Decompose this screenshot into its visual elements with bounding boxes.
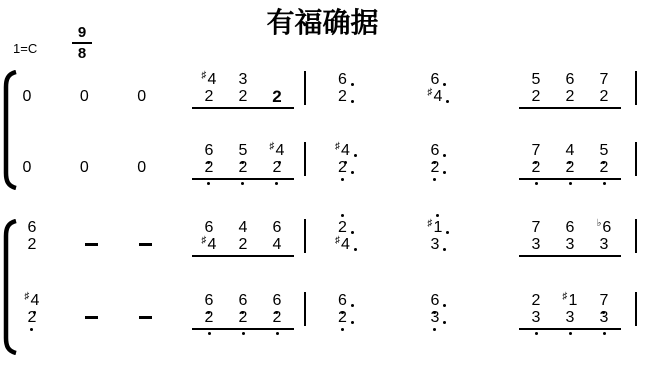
note: 2	[239, 160, 248, 176]
note-digit: 2	[431, 160, 440, 176]
augmentation-dot	[354, 154, 357, 157]
beam-group: 6♯44264	[192, 219, 294, 263]
note-digit: 6	[205, 143, 214, 159]
note: 2	[273, 160, 282, 176]
note: ♯4	[25, 293, 40, 309]
measure: ♯42626262	[12, 292, 304, 336]
octave-down-dot	[603, 182, 606, 185]
note-digit: 3	[532, 237, 541, 253]
note: 6	[431, 72, 447, 88]
note: 2	[205, 89, 214, 105]
note-digit: 2	[338, 220, 347, 236]
octave-down-dot	[208, 332, 211, 335]
augmentation-dot	[446, 231, 449, 234]
beam-column: 73	[587, 292, 621, 326]
note: 3	[532, 237, 541, 253]
note: 2	[338, 160, 354, 176]
note-digit: 2	[600, 89, 609, 105]
note: 2	[566, 89, 575, 105]
dash-cell	[138, 292, 152, 336]
sharp-icon: ♯	[428, 219, 433, 229]
measure: ♯4262724252	[306, 142, 635, 186]
octave-down-dot	[569, 182, 572, 185]
measure: 000♯42322	[12, 71, 304, 115]
note: 6	[205, 293, 214, 309]
note: 2	[239, 237, 248, 253]
note: 2	[273, 310, 282, 326]
note: 2	[28, 310, 37, 326]
note: ♯4	[270, 143, 285, 159]
beam-column: 62	[226, 292, 260, 326]
note-digit: 1	[569, 293, 578, 309]
note-digit: 2	[239, 310, 248, 326]
end-barline	[635, 219, 637, 253]
note: 2	[600, 89, 609, 105]
note-digit: 6	[566, 220, 575, 236]
note: 5	[600, 143, 609, 159]
measure: 0006252♯42	[12, 142, 304, 186]
note: 2	[205, 310, 214, 326]
note-digit: 2	[532, 160, 541, 176]
note-digit: 4	[341, 237, 350, 253]
flat-icon: ♭	[597, 219, 602, 229]
chord-cell: 6♯4	[427, 71, 451, 115]
note: 2	[205, 160, 214, 176]
note: 6	[239, 293, 248, 309]
note: 2	[338, 220, 354, 236]
note: 2	[431, 160, 447, 176]
note-digit: 4	[208, 237, 217, 253]
sharp-icon: ♯	[335, 142, 340, 152]
note: 3	[600, 237, 609, 253]
note: 4	[566, 143, 575, 159]
chord-cell: 62	[334, 292, 358, 336]
beam-column: ♯42	[192, 71, 226, 105]
note: 6	[338, 72, 354, 88]
sharp-icon: ♯	[270, 142, 275, 152]
note: 5	[532, 72, 541, 88]
note: ♯4	[202, 237, 217, 253]
note-digit: 7	[532, 220, 541, 236]
note: 6	[338, 293, 354, 309]
note-digit: 4	[276, 143, 285, 159]
note: 3	[532, 310, 541, 326]
note-digit: 7	[600, 293, 609, 309]
augmentation-dot	[443, 171, 446, 174]
time-signature: 9 8	[70, 25, 94, 61]
octave-down-dot	[275, 182, 278, 185]
rest-zero: 0	[23, 89, 32, 105]
octave-down-dot	[535, 182, 538, 185]
time-fraction-bar	[72, 42, 92, 44]
note-digit: 6	[338, 293, 347, 309]
note: 7	[600, 72, 609, 88]
note-digit: 2	[338, 160, 347, 176]
note: 2	[566, 160, 575, 176]
note-digit: 6	[28, 220, 37, 236]
octave-down-dot	[535, 332, 538, 335]
beam-column: 64	[260, 219, 294, 253]
augmentation-dot	[446, 100, 449, 103]
augmentation-dot	[443, 321, 446, 324]
note: ♯4	[202, 72, 217, 88]
note: ♯1	[563, 293, 578, 309]
staff-row-1: 000♯42322 626♯4526272	[12, 71, 637, 115]
beam-column: 62	[192, 142, 226, 176]
beam-column: ♯13	[553, 292, 587, 326]
note-digit: 4	[31, 293, 40, 309]
beam-column: 52	[226, 142, 260, 176]
beam-column: 52	[519, 71, 553, 105]
note-digit: 5	[600, 143, 609, 159]
note-digit: 2	[566, 160, 575, 176]
sharp-icon: ♯	[335, 236, 340, 246]
augmentation-dot	[351, 171, 354, 174]
note-digit: 6	[431, 143, 440, 159]
note: ♯4	[335, 237, 357, 253]
end-barline	[635, 71, 637, 105]
note: 3	[431, 310, 447, 326]
key-signature: 1=C	[13, 41, 37, 56]
measure: 626♯44264	[12, 219, 304, 263]
beam-column: 2	[260, 71, 294, 105]
note: 6	[566, 220, 575, 236]
note-digit: 2	[532, 293, 541, 309]
chord-cell: ♯13	[427, 219, 451, 263]
beam-column: 72	[587, 71, 621, 105]
note: 2	[239, 310, 248, 326]
note-digit: 2	[239, 89, 248, 105]
note: 3	[600, 310, 609, 326]
rest-cell: 0	[20, 142, 34, 186]
note: 2	[338, 89, 354, 105]
note-digit: 6	[273, 220, 282, 236]
beam-column: 63	[553, 219, 587, 253]
time-numerator: 9	[70, 25, 94, 40]
time-denominator: 8	[70, 46, 94, 61]
dash-extension	[139, 243, 152, 246]
note: 3	[566, 310, 575, 326]
octave-down-dot	[242, 332, 245, 335]
beam-column: 42	[553, 142, 587, 176]
beam-column: 32	[226, 71, 260, 105]
beam-group: 23♯1373	[519, 292, 621, 336]
beam-column: 6♯4	[192, 219, 226, 253]
staff-row-3: 626♯44264 2♯4♯137363♭63	[12, 219, 637, 263]
note: ♯4	[335, 143, 357, 159]
octave-down-dot	[569, 332, 572, 335]
augmentation-dot	[443, 83, 446, 86]
sharp-icon: ♯	[25, 292, 30, 302]
note: 2	[28, 237, 37, 253]
rest-cell: 0	[20, 71, 34, 115]
note-digit: 2	[273, 160, 282, 176]
note-digit: 3	[600, 237, 609, 253]
octave-down-dot	[433, 178, 436, 181]
augmentation-dot	[351, 231, 354, 234]
note-digit: 3	[566, 237, 575, 253]
chord-cell: 2♯4	[334, 219, 358, 263]
sharp-icon: ♯	[202, 71, 207, 81]
note: 3	[566, 237, 575, 253]
note: 6	[566, 72, 575, 88]
rest-zero: 0	[137, 89, 146, 105]
note-digit: 2	[239, 160, 248, 176]
note: 2	[600, 160, 609, 176]
note-digit: 4	[566, 143, 575, 159]
note-digit: 5	[239, 143, 248, 159]
note-digit: 4	[341, 143, 350, 159]
beam-column: 62	[260, 292, 294, 326]
beam-group: 526272	[519, 71, 621, 115]
rest-zero: 0	[23, 160, 32, 176]
note: 6	[431, 293, 447, 309]
chord-cell: 62	[427, 142, 451, 186]
note-digit: 3	[431, 237, 440, 253]
note-digit: 2	[273, 310, 282, 326]
note-digit: 6	[239, 293, 248, 309]
end-barline	[635, 142, 637, 176]
beam-group: 6252♯42	[192, 142, 294, 186]
note-digit: 2	[600, 160, 609, 176]
augmentation-dot	[351, 321, 354, 324]
note: 2	[239, 89, 248, 105]
note-digit: 3	[239, 72, 248, 88]
rest-cell: 0	[135, 71, 149, 115]
beam-column: 72	[519, 142, 553, 176]
note: 6	[28, 220, 37, 236]
note: 4	[273, 237, 282, 253]
note-digit: 6	[602, 220, 611, 236]
note-digit: 1	[434, 220, 443, 236]
note: 2	[338, 310, 354, 326]
chord-cell: 63	[427, 292, 451, 336]
note: 5	[239, 143, 248, 159]
note-digit: 3	[566, 310, 575, 326]
note-digit: 2	[205, 310, 214, 326]
dash-cell	[84, 292, 98, 336]
note: ♭6	[597, 220, 612, 236]
dash-extension	[139, 316, 152, 319]
beam-column: ♯42	[260, 142, 294, 176]
note-digit: 3	[600, 310, 609, 326]
beam-column: 62	[553, 71, 587, 105]
note: 2	[532, 160, 541, 176]
beam-column: 73	[519, 219, 553, 253]
note-digit: 3	[532, 310, 541, 326]
octave-down-dot	[241, 182, 244, 185]
beam-group: ♯42322	[192, 71, 294, 115]
note: 3	[431, 237, 447, 253]
beam-column: 42	[226, 219, 260, 253]
note: ♯1	[428, 220, 450, 236]
rest-cell: 0	[77, 71, 91, 115]
augmentation-dot	[354, 248, 357, 251]
beam-column: 52	[587, 142, 621, 176]
note-digit: 7	[532, 143, 541, 159]
note: 7	[532, 143, 541, 159]
note-digit: 2	[532, 89, 541, 105]
note-digit: 6	[566, 72, 575, 88]
rest-zero: 0	[80, 89, 89, 105]
note-digit: 2	[28, 310, 37, 326]
note: 6	[273, 293, 282, 309]
augmentation-dot	[351, 100, 354, 103]
note-digit: 6	[431, 293, 440, 309]
augmentation-dot	[351, 83, 354, 86]
augmentation-dot	[351, 304, 354, 307]
note-digit: 2	[338, 310, 347, 326]
note-digit: 5	[532, 72, 541, 88]
augmentation-dot	[443, 154, 446, 157]
end-barline	[635, 292, 637, 326]
measure: 626♯4526272	[306, 71, 635, 115]
note: 2	[272, 89, 281, 105]
note-digit: 4	[434, 89, 443, 105]
note: 6	[205, 143, 214, 159]
beam-column: ♭63	[587, 219, 621, 253]
staff-row-2: 0006252♯42 ♯4262724252	[12, 142, 637, 186]
octave-down-dot	[30, 328, 33, 331]
octave-up-dot	[341, 214, 344, 217]
note: 6	[273, 220, 282, 236]
beam-column: 62	[192, 292, 226, 326]
note: 3	[239, 72, 248, 88]
note-digit: 6	[431, 72, 440, 88]
octave-down-dot	[341, 178, 344, 181]
dash-extension	[85, 243, 98, 246]
chord-cell: 62	[334, 71, 358, 115]
dash-cell	[84, 219, 98, 263]
augmentation-dot	[443, 304, 446, 307]
octave-down-dot	[207, 182, 210, 185]
octave-up-dot	[436, 214, 439, 217]
note: 6	[205, 220, 214, 236]
note-digit: 2	[272, 89, 281, 105]
octave-down-dot	[603, 332, 606, 335]
staff-row-4: ♯42626262 626323♯1373	[12, 292, 637, 336]
note-digit: 2	[205, 160, 214, 176]
measure: 626323♯1373	[306, 292, 635, 336]
note-digit: 3	[431, 310, 440, 326]
chord-cell: 62	[20, 219, 44, 263]
note-digit: 6	[205, 293, 214, 309]
note-digit: 6	[205, 220, 214, 236]
beam-group: 724252	[519, 142, 621, 186]
note-digit: 2	[338, 89, 347, 105]
rest-zero: 0	[80, 160, 89, 176]
chord-cell: ♯42	[334, 142, 358, 186]
score-title: 有福确据	[0, 8, 645, 40]
beam-group: 7363♭63	[519, 219, 621, 263]
dash-extension	[85, 316, 98, 319]
note: 7	[532, 220, 541, 236]
sharp-icon: ♯	[202, 236, 207, 246]
note: 2	[532, 89, 541, 105]
augmentation-dot	[443, 248, 446, 251]
note-digit: 6	[338, 72, 347, 88]
note-digit: 6	[273, 293, 282, 309]
rest-cell: 0	[77, 142, 91, 186]
rest-cell: 0	[135, 142, 149, 186]
chord-cell: ♯42	[20, 292, 44, 336]
rest-zero: 0	[137, 160, 146, 176]
sharp-icon: ♯	[428, 88, 433, 98]
octave-down-dot	[433, 328, 436, 331]
sharp-icon: ♯	[563, 292, 568, 302]
note: 4	[239, 220, 248, 236]
beam-group: 626262	[192, 292, 294, 336]
note: 7	[600, 293, 609, 309]
note-digit: 7	[600, 72, 609, 88]
measure: 2♯4♯137363♭63	[306, 219, 635, 263]
note: 6	[431, 143, 447, 159]
note: 2	[532, 293, 541, 309]
note-digit: 2	[566, 89, 575, 105]
note-digit: 2	[239, 237, 248, 253]
note: ♯4	[428, 89, 450, 105]
note-digit: 4	[208, 72, 217, 88]
beam-column: 23	[519, 292, 553, 326]
octave-down-dot	[341, 328, 344, 331]
dash-cell	[138, 219, 152, 263]
note-digit: 4	[239, 220, 248, 236]
note-digit: 2	[205, 89, 214, 105]
note-digit: 4	[273, 237, 282, 253]
octave-down-dot	[276, 332, 279, 335]
note-digit: 2	[28, 237, 37, 253]
